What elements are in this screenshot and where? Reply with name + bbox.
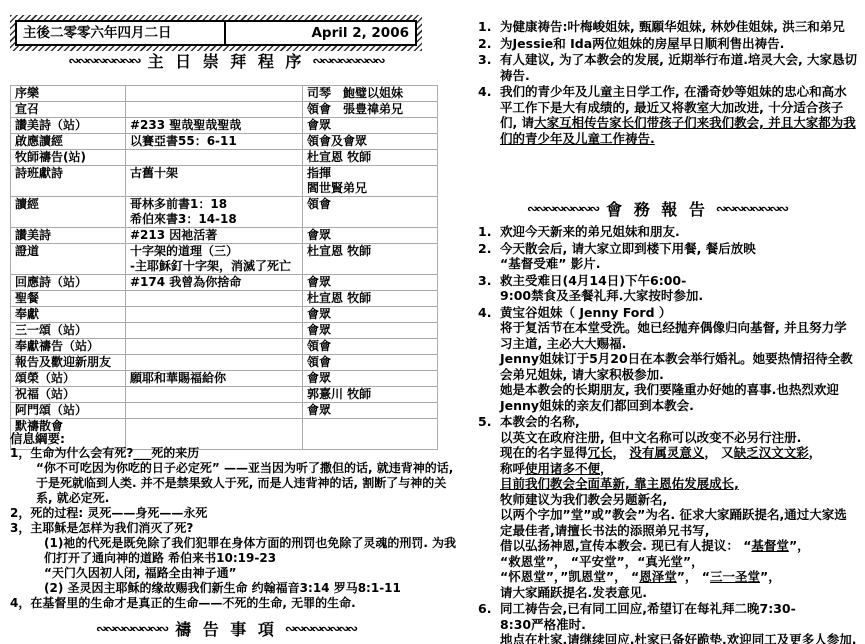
worship-row: 啟應讀經以賽亞書55：6-11領會及會眾: [11, 134, 438, 150]
worship-row: 聖餐杜宣恩 牧師: [11, 291, 438, 307]
list-item-number: 1.: [472, 224, 500, 240]
text-segment: 4，在基督里的生命才是真正的生命——不死的生命, 无罪的生命.: [10, 596, 356, 610]
worship-cell-c1: 報告及歡迎新朋友: [11, 355, 126, 371]
worship-row: 讚美詩#213 因祂活著會眾: [11, 228, 438, 244]
list-item-number: 5.: [472, 414, 500, 600]
text-segment: 恩泽堂: [639, 569, 677, 584]
worship-cell-c1: 阿門頌（站）: [11, 403, 126, 419]
text-segment: 以两个字加”堂”或”教会”为名. 征求大家踊跃提名,通过大家选定最佳者,请擅长书…: [500, 507, 847, 538]
worship-cell-c1: 奉獻: [11, 307, 126, 323]
worship-cell-c2: [126, 150, 303, 166]
text-segment: ”，: [789, 538, 810, 553]
text-segment: 欢迎今天新来的弟兄姐妹和朋友.: [500, 224, 680, 239]
list-item: 3.有人建议, 为了本教会的发展, 近期举行布道.培灵大会, 大家恳切祷告.: [472, 52, 858, 83]
list-item: 2.今天散会后, 请大家立即到楼下用餐, 餐后放映“基督受难” 影片.: [472, 241, 858, 272]
worship-cell-c1: 啟應讀經: [11, 134, 126, 150]
outline-paragraph: “你不可吃因为你吃的日子必定死” ——亚当因为听了撒但的话, 就违背神的话, 于…: [10, 461, 460, 506]
list-item-number: 4.: [472, 84, 500, 146]
worship-cell-c3: 郭憙川 牧師: [303, 387, 438, 403]
worship-cell-c3: 司琴 鮑璧以姐妹: [303, 86, 438, 102]
worship-cell-c1: 序樂: [11, 86, 126, 102]
date-chinese: 主後二零零六年四月二日: [17, 22, 226, 44]
text-segment: 本教会的名称,: [500, 414, 580, 429]
worship-cell-c2: 以賽亞書55：6-11: [126, 134, 303, 150]
worship-row: 讀經哥林多前書1：18希伯來書3：14-18領會: [11, 197, 438, 228]
worship-cell-c3: 杜宣恩 牧師: [303, 291, 438, 307]
text-segment: “你不可吃因为你吃的日子必定死” ——亚当因为听了撒但的话, 就违背神的话, 于…: [36, 461, 453, 505]
list-item: 4.我们的青少年及儿童主日学工作, 在潘奇妙等姐妹的忠心和高水平工作下是大有成绩…: [472, 84, 858, 146]
worship-cell-c2: [126, 102, 303, 118]
text-segment: ，: [613, 445, 630, 460]
worship-row: 阿門頌（站）會眾: [11, 403, 438, 419]
text-segment: “怀恩堂”，”凯恩堂”， “: [500, 569, 639, 584]
text-segment: 今天散会后, 请大家立即到楼下用餐, 餐后放映: [500, 241, 756, 256]
right-column: 1.为健康祷告:叶梅峻姐妹, 甄願华姐妹, 林妙佳姐妹, 洪三和弟兄2.为Jes…: [472, 0, 858, 644]
text-segment: 基督堂: [751, 538, 789, 553]
text-segment: 1，生命为什么会有死?___死的来历: [10, 446, 199, 460]
text-segment: 9:00禁食及圣餐礼拜.大家按时参加.: [500, 288, 703, 303]
worship-cell-c3: 領會: [303, 197, 438, 228]
text-segment: ，: [600, 461, 613, 476]
worship-cell-c2: 哥林多前書1：18希伯來書3：14-18: [126, 197, 303, 228]
list-item-text: 欢迎今天新来的弟兄姐妹和朋友.: [500, 224, 858, 240]
list-item-number: 2.: [472, 241, 500, 272]
worship-cell-c1: 讀經: [11, 197, 126, 228]
outline-paragraph: 4，在基督里的生命才是真正的生命——不死的生命, 无罪的生命.: [10, 596, 460, 611]
worship-row: 回應詩（站）#174 我曾為你捨命會眾: [11, 275, 438, 291]
worship-cell-c3: 指揮閻世賢弟兄: [303, 166, 438, 197]
text-segment: 目前我们教会全面革新, 靠主恩佑发展成长,: [500, 476, 739, 491]
outline-paragraph: “天门久因初人闭, 福路全由神子通”: [10, 566, 460, 581]
list-item-number: 3.: [472, 273, 500, 304]
worship-cell-c1: 宣召: [11, 102, 126, 118]
prayer-items-title: ∾∾∾∾∾∾∾∾ 禱 告 事 項 ∾∾∾∾∾∾∾∾: [0, 620, 452, 640]
text-segment: 她是本教会的长期朋友, 我们要隆重办好她的喜事.也热烈欢迎Jenny姐妹的亲友们…: [500, 382, 839, 413]
text-segment: “救恩堂”， “平安堂”，“真光堂”，: [500, 554, 704, 569]
worship-row: 宣召領會 張豊禕弟兄: [11, 102, 438, 118]
worship-row: 讚美詩（站）#233 聖哉聖哉聖哉會眾: [11, 118, 438, 134]
outline-paragraph: (1)祂的代死是既免除了我们犯罪在身体方面的刑罚也免除了灵魂的刑罚. 为我们打开…: [10, 536, 460, 566]
list-item-text: 有人建议, 为了本教会的发展, 近期举行布道.培灵大会, 大家恳切祷告.: [500, 52, 858, 83]
text-segment: 8:30严格准时.: [500, 617, 586, 632]
worship-cell-c1: 詩班獻詩: [11, 166, 126, 197]
list-item-number: 6.: [472, 601, 500, 644]
text-segment: 2，死的过程: 灵死——身死——永死: [10, 506, 207, 520]
worship-cell-c3: 會眾: [303, 228, 438, 244]
prayer-request-list: 1.为健康祷告:叶梅峻姐妹, 甄願华姐妹, 林妙佳姐妹, 洪三和弟兄2.为Jes…: [472, 19, 858, 147]
text-segment: 为Jessie和 Ida两位姐妹的房屋早日顺利售出祷告.: [500, 36, 784, 51]
outline-paragraph: 3，主耶稣是怎样为我们消灭了死?: [10, 521, 460, 536]
worship-cell-c3: 會眾: [303, 275, 438, 291]
message-outline-body: 1，生命为什么会有死?___死的来历“你不可吃因为你吃的日子必定死” ——亚当因…: [10, 446, 460, 611]
church-bulletin-page: { "ornament": "∾∾∾∾∾∾∾∾", "header": { "d…: [0, 0, 865, 644]
date-header-box: 主後二零零六年四月二日 April 2, 2006: [10, 15, 422, 51]
worship-row: 三一頌（站）會眾: [11, 323, 438, 339]
worship-cell-c3: 會眾: [303, 371, 438, 387]
worship-row: 詩班獻詩古舊十架指揮閻世賢弟兄: [11, 166, 438, 197]
scroll-ornament-right: ∾∾∾∾∾∾∾∾: [716, 200, 787, 220]
text-segment: 没有属灵意义: [629, 445, 704, 460]
worship-cell-c3: 會眾: [303, 118, 438, 134]
church-report-title: ∾∾∾∾∾∾∾∾ 會 務 報 告 ∾∾∾∾∾∾∾∾: [472, 200, 842, 220]
church-report-list: 1.欢迎今天新来的弟兄姐妹和朋友.2.今天散会后, 请大家立即到楼下用餐, 餐后…: [472, 224, 858, 644]
date-english: April 2, 2006: [226, 22, 415, 44]
list-item-text: 同工祷告会,已有同工回应,希望订在每礼拜二晚7:30-8:30严格准时.地点在杜…: [500, 601, 858, 644]
list-item: 3.救主受难日(4月14日)下午6:00-9:00禁食及圣餐礼拜.大家按时参加.: [472, 273, 858, 304]
worship-cell-c2: [126, 323, 303, 339]
worship-cell-c3: 領會及會眾: [303, 134, 438, 150]
worship-cell-c3: 領會 張豊禕弟兄: [303, 102, 438, 118]
worship-cell-c3: 杜宣恩 牧師: [303, 150, 438, 166]
church-report-title-text: 會 務 報 告: [606, 200, 708, 220]
list-item-number: 4.: [472, 305, 500, 414]
text-segment: 黄宝谷姐妹（ Jenny Ford ）: [500, 305, 671, 320]
outline-paragraph: 2，死的过程: 灵死——身死——永死: [10, 506, 460, 521]
text-segment: 大家互相传告家长们带孩子们来我们教会, 并且大家都为我们的青少年及儿童工作祷告.: [500, 115, 856, 146]
text-segment: (2) 圣灵因主耶稣的缘故赐我们新生命 约翰福音3:14 罗马8:1-11: [44, 581, 401, 595]
text-segment: ”，: [760, 569, 781, 584]
text-segment: 地点在杜家,请继续回应.杜家已备好跪垫,欢迎同工及更多人参加.: [500, 632, 857, 644]
outline-paragraph: 1，生命为什么会有死?___死的来历: [10, 446, 460, 461]
worship-program-table: 序樂司琴 鮑璧以姐妹宣召領會 張豊禕弟兄讚美詩（站）#233 聖哉聖哉聖哉會眾啟…: [10, 85, 438, 450]
text-segment: 使用诸多不便: [525, 461, 600, 476]
text-segment: 为健康祷告:叶梅峻姐妹, 甄願华姐妹, 林妙佳姐妹, 洪三和弟兄: [500, 19, 845, 34]
text-segment: 借以弘扬神恩,宣传本教会. 现已有人提议： “: [500, 538, 751, 553]
worship-order-title-text: 主 日 崇 拜 程 序: [148, 52, 305, 72]
text-segment: 牧师建议为我们教会另题新名,: [500, 492, 667, 507]
list-item-text: 我们的青少年及儿童主日学工作, 在潘奇妙等姐妹的忠心和高水平工作下是大有成绩的,…: [500, 84, 858, 146]
scroll-ornament-right: ∾∾∾∾∾∾∾∾: [285, 620, 356, 640]
worship-row: 報告及歡迎新朋友領會: [11, 355, 438, 371]
list-item: 6.同工祷告会,已有同工回应,希望订在每礼拜二晚7:30-8:30严格准时.地点…: [472, 601, 858, 644]
list-item: 4.黄宝谷姐妹（ Jenny Ford ）将于复活节在本堂受洗。她已经抛弃偶像归…: [472, 305, 858, 414]
worship-row: 祝福（站）郭憙川 牧師: [11, 387, 438, 403]
worship-cell-c2: #233 聖哉聖哉聖哉: [126, 118, 303, 134]
list-item-text: 黄宝谷姐妹（ Jenny Ford ）将于复活节在本堂受洗。她已经抛弃偶像归向基…: [500, 305, 858, 414]
text-segment: 以英文在政府注册, 但中文名称可以改变不必另行注册.: [500, 430, 801, 445]
worship-cell-c2: [126, 291, 303, 307]
list-item-number: 3.: [472, 52, 500, 83]
list-item-number: 2.: [472, 36, 500, 52]
worship-row: 證道十字架的道理（三）-主耶穌釘十字架，消滅了死亡杜宣恩 牧師: [11, 244, 438, 275]
list-item: 1.欢迎今天新来的弟兄姐妹和朋友.: [472, 224, 858, 240]
list-item: 2.为Jessie和 Ida两位姐妹的房屋早日顺利售出祷告.: [472, 36, 858, 52]
list-item-text: 为Jessie和 Ida两位姐妹的房屋早日顺利售出祷告.: [500, 36, 858, 52]
list-item: 1.为健康祷告:叶梅峻姐妹, 甄願华姐妹, 林妙佳姐妹, 洪三和弟兄: [472, 19, 858, 35]
text-segment: 现在的名字显得: [500, 445, 588, 460]
scroll-ornament-left: ∾∾∾∾∾∾∾∾: [96, 620, 167, 640]
text-segment: “天门久因初人闭, 福路全由神子通”: [44, 566, 237, 580]
worship-cell-c1: 奉獻禱告（站）: [11, 339, 126, 355]
list-item: 5.本教会的名称,以英文在政府注册, 但中文名称可以改变不必另行注册.现在的名字…: [472, 414, 858, 600]
list-item-text: 今天散会后, 请大家立即到楼下用餐, 餐后放映“基督受难” 影片.: [500, 241, 858, 272]
worship-cell-c2: [126, 387, 303, 403]
outline-paragraph: (2) 圣灵因主耶稣的缘故赐我们新生命 约翰福音3:14 罗马8:1-11: [10, 581, 460, 596]
worship-cell-c2: [126, 86, 303, 102]
text-segment: 请大家踊跃提名.发表意见.: [500, 585, 647, 600]
worship-cell-c1: 證道: [11, 244, 126, 275]
text-segment: 3，主耶稣是怎样为我们消灭了死?: [10, 521, 193, 535]
text-segment: ”， “: [677, 569, 710, 584]
worship-cell-c3: 會眾: [303, 403, 438, 419]
worship-cell-c1: 頌榮（站）: [11, 371, 126, 387]
worship-cell-c1: 三一頌（站）: [11, 323, 126, 339]
list-item-text: 救主受难日(4月14日)下午6:00-9:00禁食及圣餐礼拜.大家按时参加.: [500, 273, 858, 304]
worship-cell-c1: 讚美詩（站）: [11, 118, 126, 134]
text-segment: ， 又: [704, 445, 733, 460]
worship-cell-c1: 牧師禱告(站): [11, 150, 126, 166]
worship-cell-c3: 領會: [303, 355, 438, 371]
scroll-ornament-left: ∾∾∾∾∾∾∾∾: [527, 200, 598, 220]
text-segment: 将于复活节在本堂受洗。她已经抛弃偶像归向基督, 并且努力学习主道, 主必大大赐福…: [500, 320, 847, 351]
text-segment: 缺乏汉文文彩: [734, 445, 809, 460]
worship-cell-c2: [126, 403, 303, 419]
text-segment: 冗长: [588, 445, 613, 460]
text-segment: “基督受难” 影片.: [500, 256, 601, 271]
text-segment: (1)祂的代死是既免除了我们犯罪在身体方面的刑罚也免除了灵魂的刑罚. 为我们打开…: [44, 536, 456, 565]
worship-cell-c2: #213 因祂活著: [126, 228, 303, 244]
message-outline-heading: 信息綱要:: [10, 431, 460, 446]
worship-cell-c3: 會眾: [303, 307, 438, 323]
text-segment: 称呼: [500, 461, 525, 476]
text-segment: ，: [809, 445, 822, 460]
worship-cell-c2: [126, 339, 303, 355]
worship-row: 牧師禱告(站)杜宣恩 牧師: [11, 150, 438, 166]
worship-row: 奉獻會眾: [11, 307, 438, 323]
worship-cell-c2: #174 我曾為你捨命: [126, 275, 303, 291]
worship-cell-c1: 祝福（站）: [11, 387, 126, 403]
scroll-ornament-right: ∾∾∾∾∾∾∾∾: [312, 52, 383, 72]
worship-cell-c2: 古舊十架: [126, 166, 303, 197]
text-segment: Jenny姐妹订于5月20日在本教会举行婚礼。她要热情招待全教会弟兄姐妹, 请大…: [500, 351, 853, 382]
text-segment: 三一圣堂: [710, 569, 760, 584]
scroll-ornament-left: ∾∾∾∾∾∾∾∾: [68, 52, 139, 72]
worship-cell-c1: 讚美詩: [11, 228, 126, 244]
worship-cell-c3: 杜宣恩 牧師: [303, 244, 438, 275]
worship-row: 奉獻禱告（站）領會: [11, 339, 438, 355]
message-outline: 信息綱要: 1，生命为什么会有死?___死的来历“你不可吃因为你吃的日子必定死”…: [10, 431, 460, 611]
list-item-text: 为健康祷告:叶梅峻姐妹, 甄願华姐妹, 林妙佳姐妹, 洪三和弟兄: [500, 19, 858, 35]
left-column: 主後二零零六年四月二日 April 2, 2006 ∾∾∾∾∾∾∾∾ 主 日 崇…: [0, 0, 462, 644]
worship-row: 頌榮（站）願耶和華賜福給你會眾: [11, 371, 438, 387]
worship-cell-c1: 聖餐: [11, 291, 126, 307]
text-segment: 有人建议, 为了本教会的发展, 近期举行布道.培灵大会, 大家恳切祷告.: [500, 52, 857, 83]
worship-cell-c2: 十字架的道理（三）-主耶穌釘十字架，消滅了死亡: [126, 244, 303, 275]
worship-order-title: ∾∾∾∾∾∾∾∾ 主 日 崇 拜 程 序 ∾∾∾∾∾∾∾∾: [0, 52, 452, 72]
worship-cell-c2: [126, 307, 303, 323]
date-header-inner: 主後二零零六年四月二日 April 2, 2006: [15, 20, 417, 46]
worship-cell-c1: 回應詩（站）: [11, 275, 126, 291]
text-segment: 救主受难日(4月14日)下午6:00-: [500, 273, 686, 288]
list-item-number: 1.: [472, 19, 500, 35]
worship-cell-c3: 領會: [303, 339, 438, 355]
worship-cell-c3: 會眾: [303, 323, 438, 339]
text-segment: 同工祷告会,已有同工回应,希望订在每礼拜二晚7:30-: [500, 601, 796, 616]
worship-cell-c2: 願耶和華賜福給你: [126, 371, 303, 387]
worship-row: 序樂司琴 鮑璧以姐妹: [11, 86, 438, 102]
worship-cell-c2: [126, 355, 303, 371]
prayer-items-title-text: 禱 告 事 項: [175, 620, 277, 640]
list-item-text: 本教会的名称,以英文在政府注册, 但中文名称可以改变不必另行注册.现在的名字显得…: [500, 414, 858, 600]
